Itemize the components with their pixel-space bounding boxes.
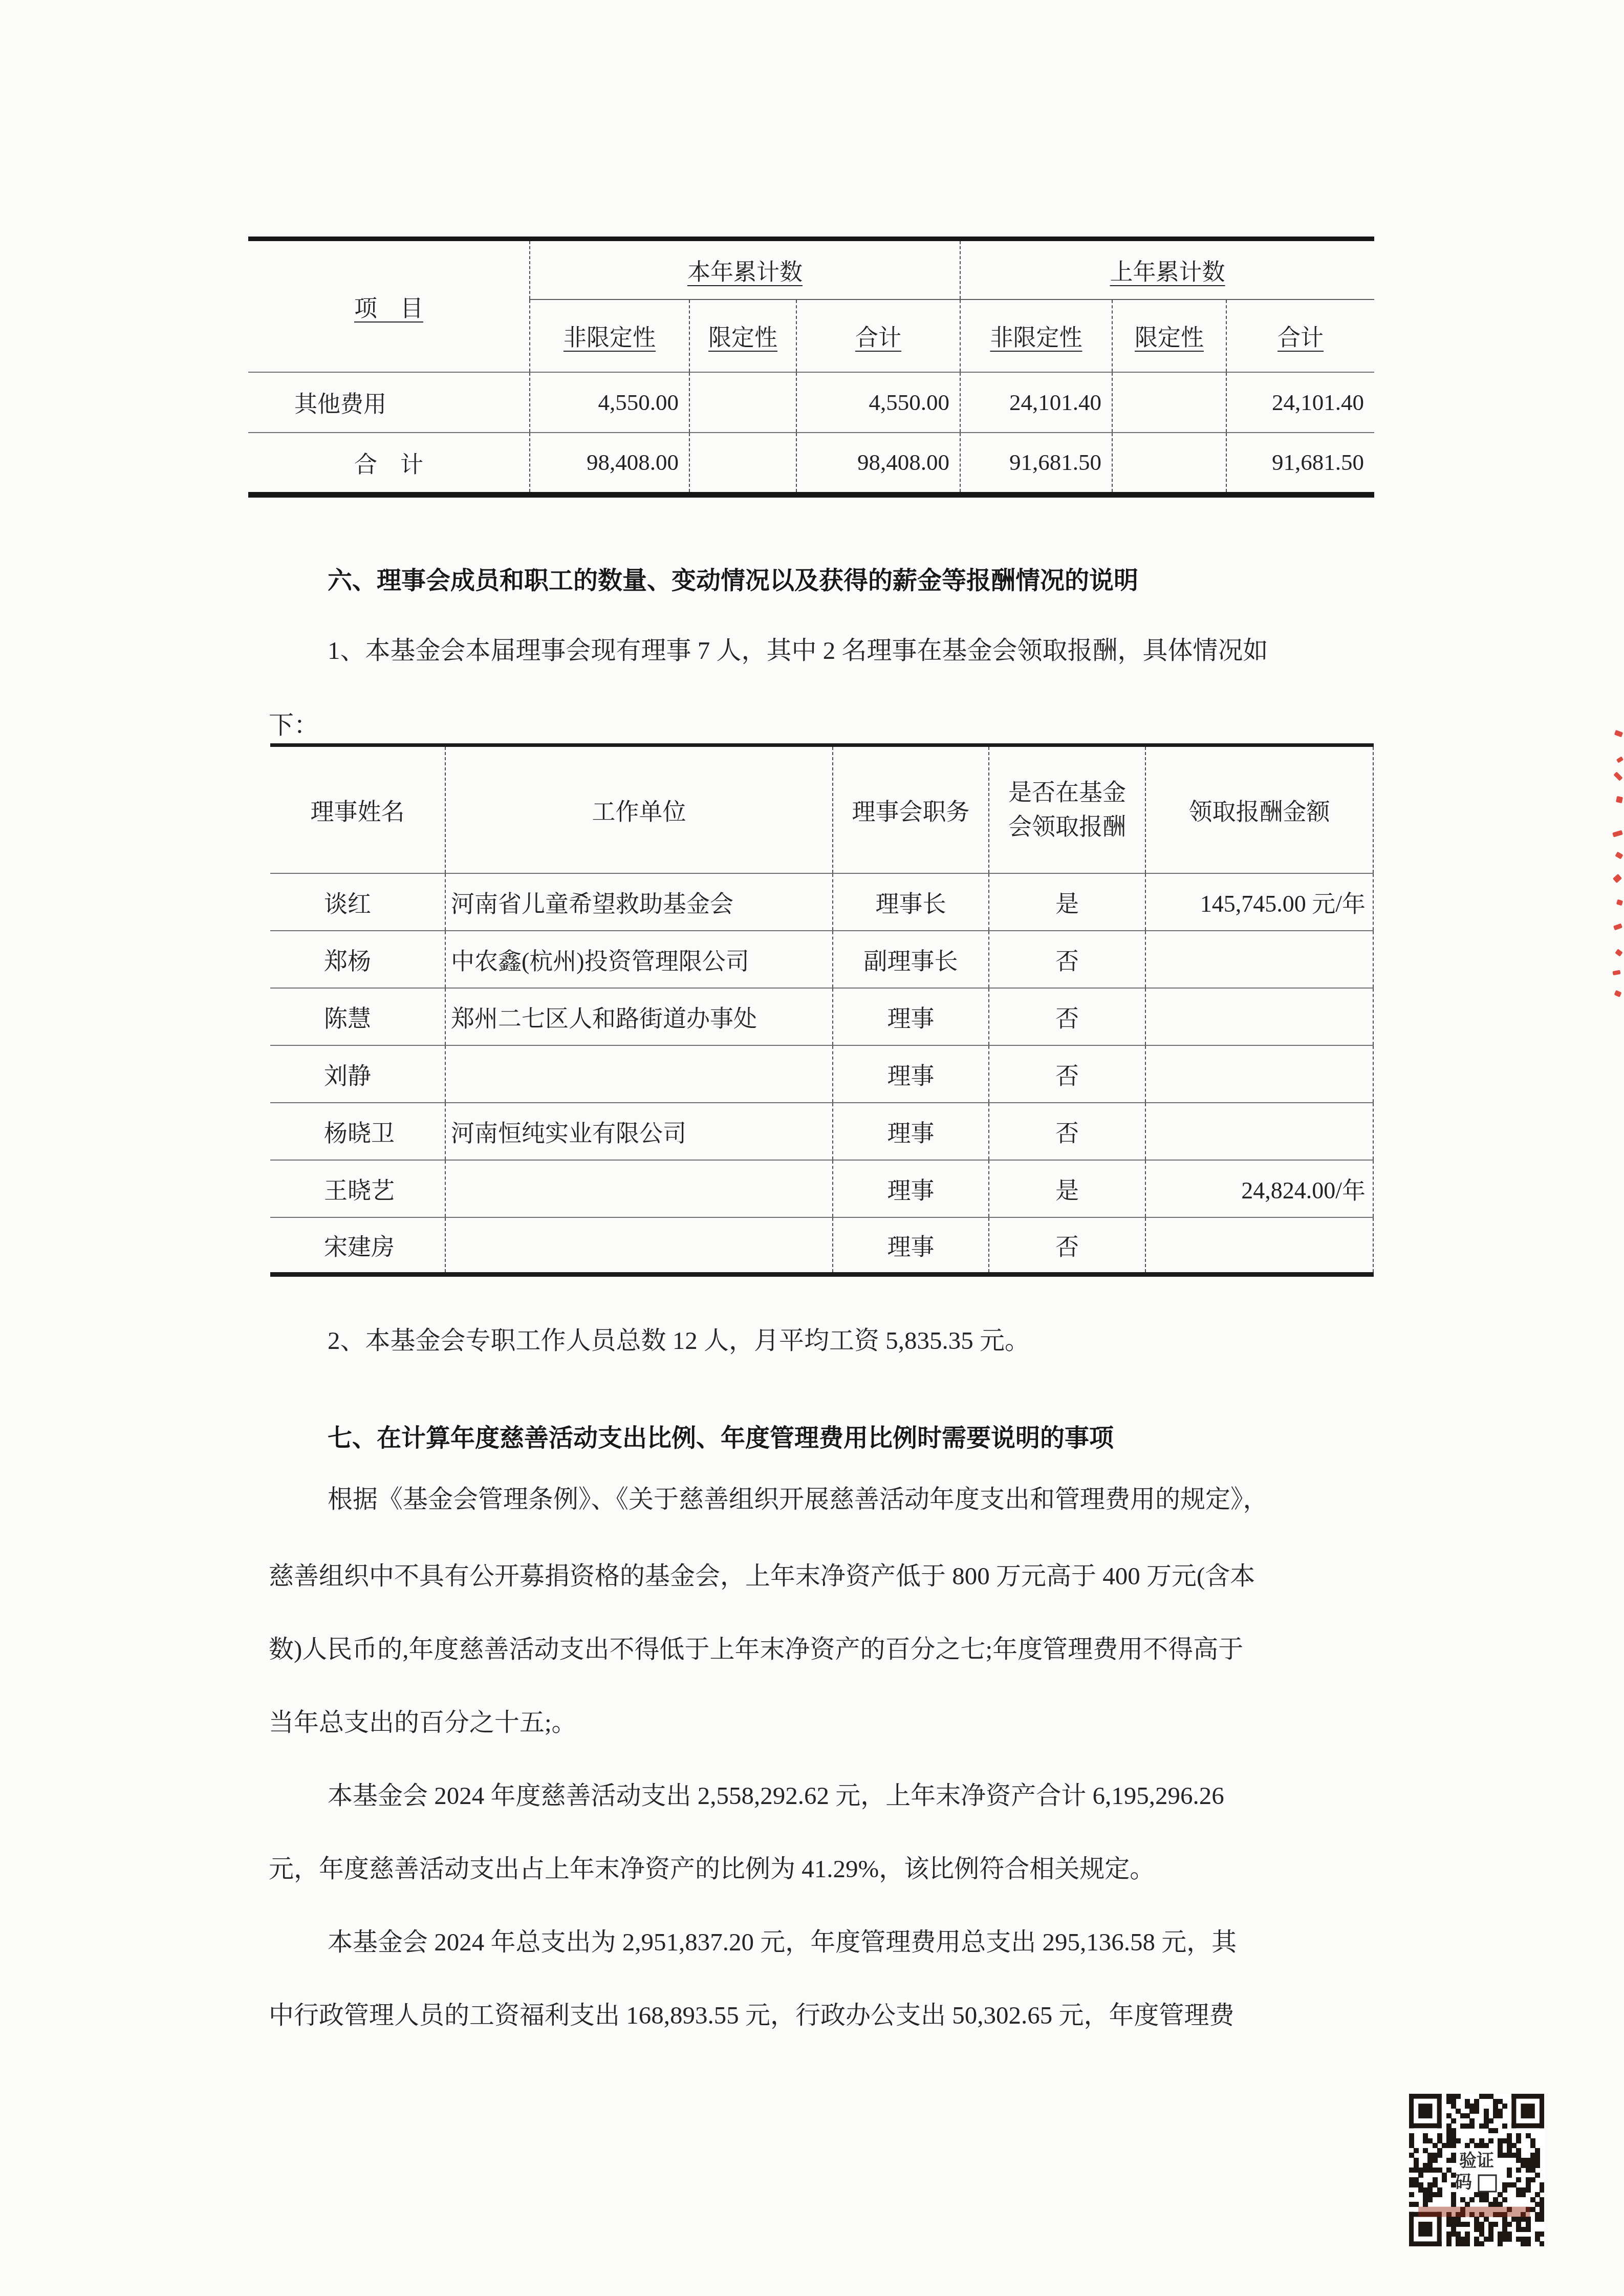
board-member-paid: 否: [989, 1103, 1145, 1160]
board-member-position: 理事: [833, 1103, 989, 1160]
table-row: 其他费用 4,550.00 4,550.00 24,101.40 24,101.…: [248, 372, 1374, 433]
expense-subheader-restricted-prior: 限定性: [1112, 299, 1226, 372]
seal-stroke: [1612, 830, 1623, 838]
section7-line: 元，年度慈善活动支出占上年末净资产的比例为 41.29%，该比例符合相关规定。: [269, 1849, 1155, 1885]
section7-line: 根据《基金会管理条例》、《关于慈善组织开展慈善活动年度支出和管理费用的规定》，: [328, 1479, 1268, 1515]
board-members-table: 理事姓名 工作单位 理事会职务 是否在基金 会领取报酬 领取报酬金额 谈红 河南…: [270, 743, 1374, 1277]
board-member-position: 理事: [833, 988, 989, 1045]
section6-paragraph-1-cont: 下：: [269, 705, 319, 741]
expense-cell: [1112, 433, 1226, 495]
board-member-amount: [1145, 1045, 1373, 1103]
expense-cell: [689, 372, 796, 433]
board-member-amount: 145,745.00 元/年: [1145, 873, 1373, 931]
board-member-amount: [1145, 1217, 1373, 1275]
expense-cell: [1112, 372, 1226, 433]
board-col-name: 理事姓名: [270, 745, 445, 873]
expense-cell: 98,408.00: [796, 433, 960, 495]
board-member-name: 谈红: [270, 873, 445, 931]
board-member-position: 理事长: [833, 873, 989, 931]
seal-stroke: [1613, 924, 1622, 931]
board-col-paid-by-foundation: 是否在基金 会领取报酬: [989, 745, 1145, 873]
board-member-position: 副理事长: [833, 931, 989, 988]
seal-stroke: [1612, 970, 1620, 975]
board-member-amount: [1145, 931, 1373, 988]
board-col-position: 理事会职务: [833, 745, 989, 873]
expense-cell: 91,681.50: [1226, 433, 1374, 495]
board-member-paid: 否: [989, 988, 1145, 1045]
board-member-paid: 是: [989, 873, 1145, 931]
expense-subheader-total-prior: 合计: [1226, 299, 1374, 372]
board-member-name: 宋建房: [270, 1217, 445, 1275]
board-member-paid: 否: [989, 931, 1145, 988]
board-col-paid-line1: 是否在基金: [989, 776, 1145, 810]
expense-row-other-label: 其他费用: [248, 372, 530, 433]
board-member-position: 理事: [833, 1045, 989, 1103]
section7-line: 慈善组织中不具有公开募捐资格的基金会，上年末净资产低于 800 万元高于 400…: [269, 1556, 1255, 1592]
board-member-employer: [445, 1045, 833, 1103]
table-row: 陈慧 郑州二七区人和路街道办事处 理事 否: [270, 988, 1373, 1045]
board-member-paid: 是: [989, 1160, 1145, 1217]
board-member-name: 郑杨: [270, 931, 445, 988]
seal-stroke: [1613, 771, 1622, 781]
section7-line: 数)人民币的,年度慈善活动支出不得低于上年末净资产的百分之七;年度管理费用不得高…: [269, 1629, 1243, 1665]
expense-group-current-year: 本年累计数: [530, 239, 960, 299]
expense-row-total-label: 合 计: [248, 433, 530, 495]
seal-stroke: [1614, 730, 1623, 738]
table-row: 合 计 98,408.00 98,408.00 91,681.50 91,681…: [248, 433, 1374, 495]
seal-stroke: [1613, 874, 1622, 883]
expense-cell: 4,550.00: [796, 372, 960, 433]
table-row: 郑杨 中农鑫(杭州)投资管理限公司 副理事长 否: [270, 931, 1373, 988]
expense-cell: 4,550.00: [530, 372, 689, 433]
seal-stroke: [1616, 756, 1623, 763]
board-member-paid: 否: [989, 1045, 1145, 1103]
table-row: 王晓艺 理事 是 24,824.00/年: [270, 1160, 1373, 1217]
board-col-employer: 工作单位: [445, 745, 833, 873]
seal-stroke: [1614, 990, 1621, 997]
seal-stroke: [1615, 949, 1623, 956]
expense-col-item: 项 目: [248, 239, 530, 372]
section7-line: 当年总支出的百分之十五;。: [269, 1703, 577, 1739]
expense-subheader-restricted-cur: 限定性: [689, 299, 796, 372]
table-row: 刘静 理事 否: [270, 1045, 1373, 1103]
expense-cell: 24,101.40: [960, 372, 1112, 433]
expense-cell: 98,408.00: [530, 433, 689, 495]
board-member-paid: 否: [989, 1217, 1145, 1275]
board-member-amount: [1145, 988, 1373, 1045]
document-page: 项 目 本年累计数 上年累计数 非限定性 限定性 合计 非限定性 限定性 合计 …: [0, 0, 1624, 2296]
table-row: 谈红 河南省儿童希望救助基金会 理事长 是 145,745.00 元/年: [270, 873, 1373, 931]
board-col-amount: 领取报酬金额: [1145, 745, 1373, 873]
section7-line: 本基金会 2024 年度慈善活动支出 2,558,292.62 元，上年末净资产…: [328, 1776, 1224, 1812]
section7-line: 中行政管理人员的工资福利支出 168,893.55 元，行政办公支出 50,30…: [269, 1995, 1235, 2031]
board-member-employer: [445, 1160, 833, 1217]
expense-cell: 91,681.50: [960, 433, 1112, 495]
board-member-position: 理事: [833, 1160, 989, 1217]
section7-line: 本基金会 2024 年总支出为 2,951,837.20 元，年度管理费用总支出…: [328, 1922, 1237, 1958]
board-member-employer: 河南省儿童希望救助基金会: [445, 873, 833, 931]
expense-subheader-unrestricted-cur: 非限定性: [530, 299, 689, 372]
expense-cell: [689, 433, 796, 495]
verification-qr-code: [1409, 2094, 1544, 2246]
board-member-amount: 24,824.00/年: [1145, 1160, 1373, 1217]
expense-cell: 24,101.40: [1226, 372, 1374, 433]
board-member-employer: [445, 1217, 833, 1275]
board-member-employer: 中农鑫(杭州)投资管理限公司: [445, 931, 833, 988]
board-member-name: 刘静: [270, 1045, 445, 1103]
section6-paragraph-1: 1、本基金会本届理事会现有理事 7 人，其中 2 名理事在基金会领取报酬，具体情…: [328, 631, 1268, 667]
section6-heading: 六、理事会成员和职工的数量、变动情况以及获得的薪金等报酬情况的说明: [328, 561, 1138, 596]
section6-paragraph-2: 2、本基金会专职工作人员总数 12 人，月平均工资 5,835.35 元。: [328, 1321, 1030, 1357]
seal-stroke: [1616, 899, 1623, 906]
expense-subheader-total-cur: 合计: [796, 299, 960, 372]
board-col-paid-line2: 会领取报酬: [989, 810, 1145, 844]
board-member-employer: 河南恒纯实业有限公司: [445, 1103, 833, 1160]
board-member-employer: 郑州二七区人和路街道办事处: [445, 988, 833, 1045]
table-row: 宋建房 理事 否: [270, 1217, 1373, 1275]
board-member-name: 王晓艺: [270, 1160, 445, 1217]
section7-heading: 七、在计算年度慈善活动支出比例、年度管理费用比例时需要说明的事项: [328, 1418, 1114, 1453]
board-member-position: 理事: [833, 1217, 989, 1275]
seal-stroke: [1615, 851, 1623, 859]
expense-subheader-unrestricted-prior: 非限定性: [960, 299, 1112, 372]
table-row: 杨晓卫 河南恒纯实业有限公司 理事 否: [270, 1103, 1373, 1160]
seal-stroke: [1616, 796, 1623, 803]
board-member-name: 杨晓卫: [270, 1103, 445, 1160]
red-seal-fragments: [1612, 731, 1624, 1007]
expense-group-prior-year: 上年累计数: [960, 239, 1374, 299]
expense-summary-table: 项 目 本年累计数 上年累计数 非限定性 限定性 合计 非限定性 限定性 合计 …: [248, 237, 1374, 498]
board-member-name: 陈慧: [270, 988, 445, 1045]
board-member-amount: [1145, 1103, 1373, 1160]
